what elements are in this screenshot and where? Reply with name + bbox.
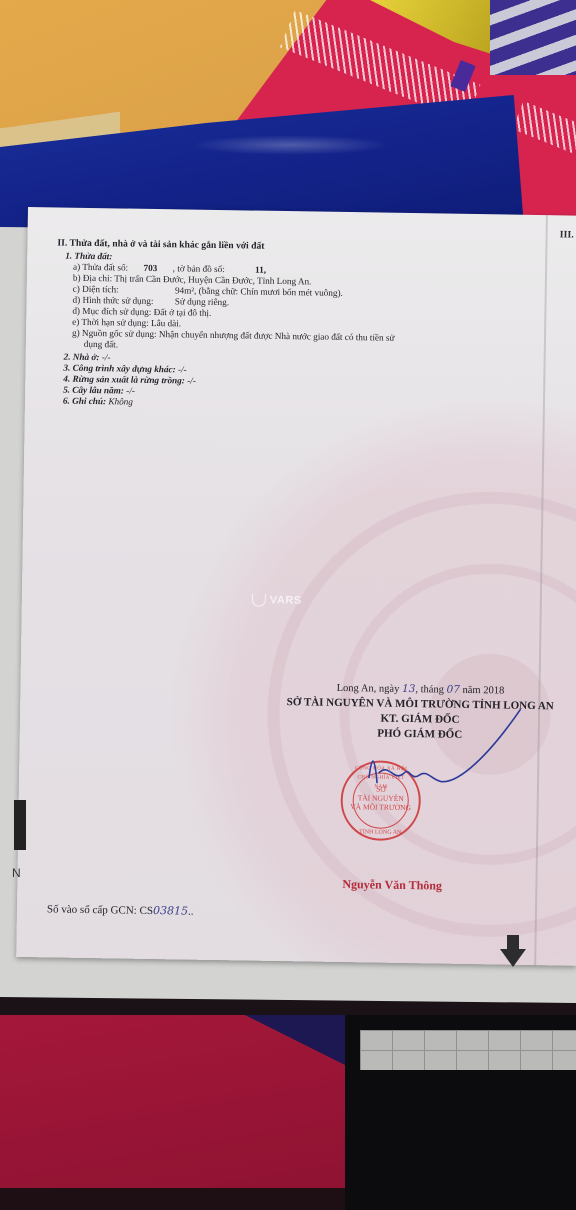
signing-month: 07 <box>446 684 460 696</box>
signing-day: 13 <box>402 683 416 695</box>
use-purpose-value: Đất ở tại đô thị. <box>154 307 212 318</box>
red-fabric <box>0 1015 345 1210</box>
vars-logo-icon <box>252 594 266 607</box>
background-letter: N <box>12 866 21 880</box>
next-page-section: III. <box>560 229 574 240</box>
plot-number-label: a) Thửa đất số: <box>73 262 128 273</box>
use-purpose-label: d) Mục đích sử dụng: <box>72 306 151 317</box>
background-mark <box>14 800 26 850</box>
grid-paper <box>360 1030 576 1070</box>
stamp-ring-bottom-text: TỈNH LONG AN <box>358 828 402 838</box>
handwritten-signature <box>349 702 531 815</box>
arrow-down-icon <box>500 935 526 971</box>
page-fold <box>534 215 548 965</box>
use-term-value: Lâu dài. <box>151 318 181 328</box>
address-label: b) Địa chỉ: <box>73 273 112 284</box>
striped-cloth <box>490 0 576 75</box>
use-term-label: e) Thời hạn sử dụng: <box>72 317 149 328</box>
use-form-value: Sử dụng riêng. <box>175 296 229 307</box>
origin-label: g) Nguồn gốc sử dụng: <box>72 328 157 339</box>
map-sheet-number: 11, <box>255 265 266 276</box>
signing-date: Long An, ngày 13, tháng 07 năm 2018 <box>270 681 570 698</box>
signer-name: Nguyễn Văn Thông <box>342 877 442 894</box>
registry-prefix: CS <box>139 905 153 917</box>
plot-number: 703 <box>130 263 170 275</box>
registry-label: Số vào sổ cấp GCN: <box>47 903 137 916</box>
registry-number-value: 03815 <box>153 904 188 918</box>
vars-watermark: VARS <box>252 594 302 608</box>
map-sheet-label: , tờ bản đồ số: <box>173 263 225 274</box>
registry-number: Số vào sổ cấp GCN: CS03815.. <box>47 902 194 917</box>
land-use-certificate: III. II. Thửa đất, nhà ở và tài sản khác… <box>16 207 576 966</box>
certificate-content: II. Thửa đất, nhà ở và tài sản khác gắn … <box>55 237 538 414</box>
